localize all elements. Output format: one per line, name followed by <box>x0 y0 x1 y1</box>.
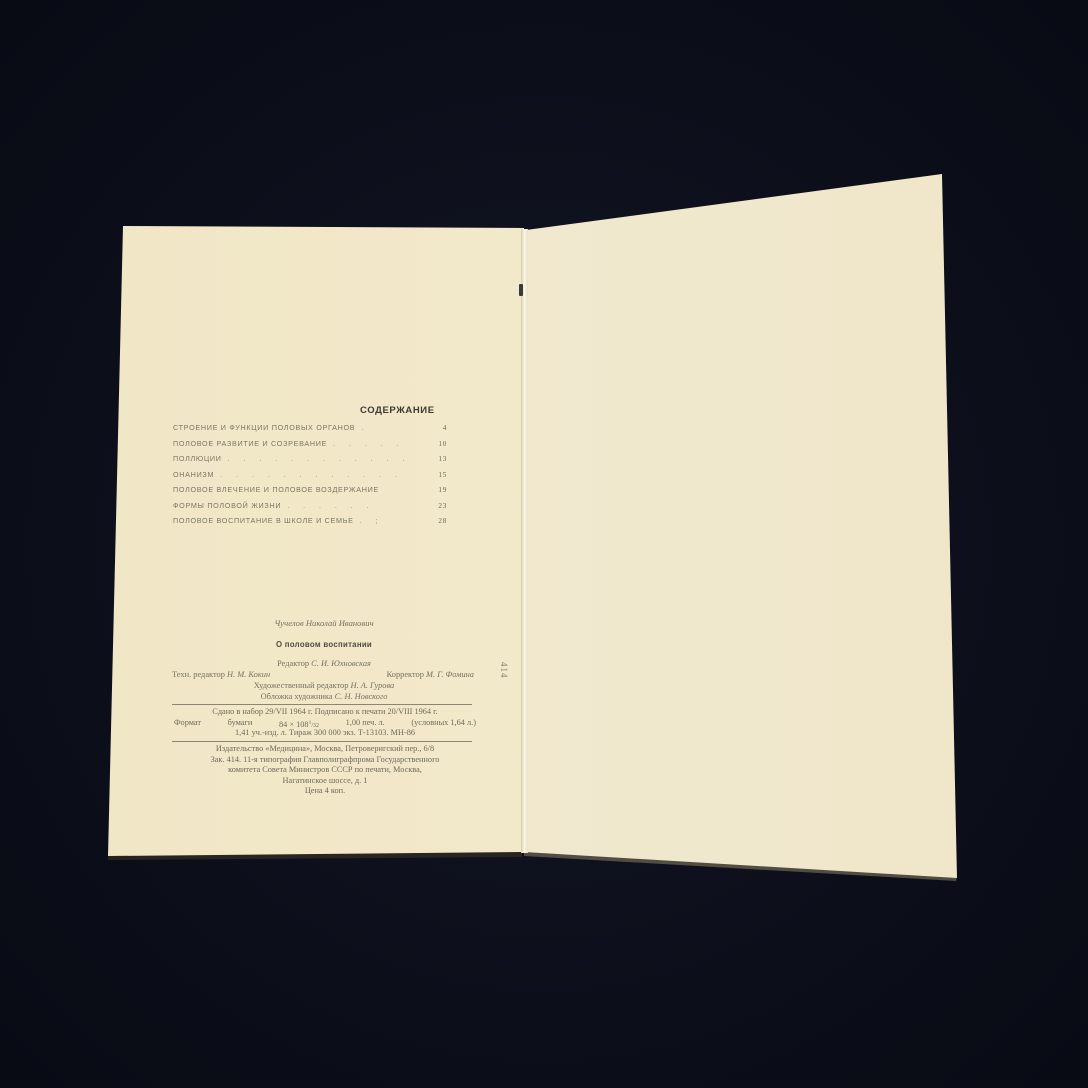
spine-mark: 414 <box>499 662 509 679</box>
toc-item-page: 28 <box>427 517 447 525</box>
toc-item-dots: . . . . . . . . . . . . <box>222 456 427 463</box>
toc-item: ПОЛОВОЕ РАЗВИТИЕ И СОЗРЕВАНИЕ . . . . . … <box>173 439 447 455</box>
toc-item-label: ПОЛОВОЕ ВЛЕЧЕНИЕ И ПОЛОВОЕ ВОЗДЕРЖАНИЕ <box>173 485 379 494</box>
toc-item-label: ПОЛОВОЕ ВОСПИТАНИЕ В ШКОЛЕ И СЕМЬЕ <box>173 516 354 525</box>
book-title: О половом воспитании <box>168 640 480 649</box>
toc-item-page: 10 <box>427 440 447 448</box>
toc-item-label: ПОЛОВОЕ РАЗВИТИЕ И СОЗРЕВАНИЕ <box>173 439 327 448</box>
toc-item-dots: . <box>355 425 427 432</box>
toc-item: ФОРМЫ ПОЛОВОЙ ЖИЗНИ . . . . . . 23 <box>173 501 447 517</box>
toc-item-label: ОНАНИЗМ <box>173 470 214 479</box>
divider-rule <box>172 704 472 705</box>
credit-art-editor: Художественный редактор Н. А. Гурова <box>168 681 480 690</box>
credit-cover-artist: Обложка художника С. Н. Новского <box>168 692 480 701</box>
toc-item: ОНАНИЗМ . . . . . . . . . . . . 15 <box>173 470 447 486</box>
toc-item-page: 4 <box>427 424 447 432</box>
toc-item-dots: . . . . . . <box>281 503 427 510</box>
toc-item-label: ФОРМЫ ПОЛОВОЙ ЖИЗНИ <box>173 501 281 510</box>
staple <box>519 284 523 296</box>
publisher-info: Издательство «Медицина», Москва, Петрове… <box>174 744 476 797</box>
toc-item: СТРОЕНИЕ И ФУНКЦИИ ПОЛОВЫХ ОРГАНОВ . 4 <box>173 423 447 439</box>
print-info: Сдано в набор 29/VII 1964 г. Подписано к… <box>174 707 476 739</box>
toc-list: СТРОЕНИЕ И ФУНКЦИИ ПОЛОВЫХ ОРГАНОВ . 4 П… <box>173 423 447 532</box>
toc-item-page: 15 <box>427 471 447 479</box>
toc-item-dots: . . . . . <box>327 441 427 448</box>
toc-item-dots: . ; <box>354 518 427 525</box>
toc-item: ПОЛОВОЕ ВОСПИТАНИЕ В ШКОЛЕ И СЕМЬЕ . ; 2… <box>173 516 447 532</box>
toc-title: СОДЕРЖАНИЕ <box>360 405 435 416</box>
divider-rule <box>172 741 472 742</box>
toc-item-dots: . . . . . . . . . . . . <box>214 472 427 479</box>
toc-item-label: ПОЛЛЮЦИИ <box>173 454 222 463</box>
tech-editor-name: Н. М. Кокин <box>227 670 270 679</box>
cover-artist-name: С. Н. Новского <box>335 692 388 701</box>
editor-name: С. И. Юхновская <box>311 659 371 668</box>
toc-item-page: 13 <box>427 455 447 463</box>
price: Цена 4 коп. <box>174 786 476 797</box>
toc-item-label: СТРОЕНИЕ И ФУНКЦИИ ПОЛОВЫХ ОРГАНОВ <box>173 423 355 432</box>
toc-item-page: 23 <box>427 502 447 510</box>
credit-tech-corrector: Техн. редактор Н. М. Кокин Корректор М. … <box>172 670 474 679</box>
toc-item: ПОЛОВОЕ ВЛЕЧЕНИЕ И ПОЛОВОЕ ВОЗДЕРЖАНИЕ 1… <box>173 485 447 501</box>
corrector-name: М. Г. Фомина <box>426 670 474 679</box>
author-name: Чучелов Николай Иванович <box>168 618 480 628</box>
credit-editor: Редактор С. И. Юхновская <box>168 659 480 668</box>
book-spine <box>521 229 528 853</box>
art-editor-name: Н. А. Гурова <box>351 681 395 690</box>
toc-item: ПОЛЛЮЦИИ . . . . . . . . . . . . 13 <box>173 454 447 470</box>
toc-item-page: 19 <box>427 486 447 494</box>
